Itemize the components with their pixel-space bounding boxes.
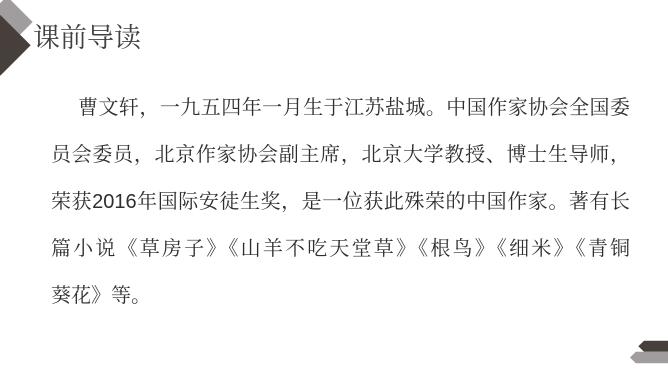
body-text-line: 篇小说《草房子》《山羊不吃天堂草》《根鸟》《细米》《青铜 — [51, 226, 630, 273]
body-text-line: 员会委员，北京作家协会副主席，北京大学教授、博士生导师， — [51, 132, 630, 179]
slide: 课前导读 曹文轩，一九五四年一月生于江苏盐城。中国作家协会全国委 员会委员，北京… — [0, 0, 668, 376]
body-paragraph: 曹文轩，一九五四年一月生于江苏盐城。中国作家协会全国委 员会委员，北京作家协会副… — [51, 85, 630, 320]
body-text-line: 葵花》等。 — [51, 273, 630, 320]
body-text-line: 曹文轩，一九五四年一月生于江苏盐城。中国作家协会全国委 — [51, 85, 630, 132]
body-text-line: 荣获2016年国际安徒生奖，是一位获此殊荣的中国作家。著有长 — [51, 179, 630, 226]
arrow-dark-icon — [638, 341, 668, 352]
slide-title: 课前导读 — [33, 22, 141, 54]
arrow-gray-icon — [630, 352, 668, 364]
corner-decoration-bottom-right — [628, 340, 668, 364]
